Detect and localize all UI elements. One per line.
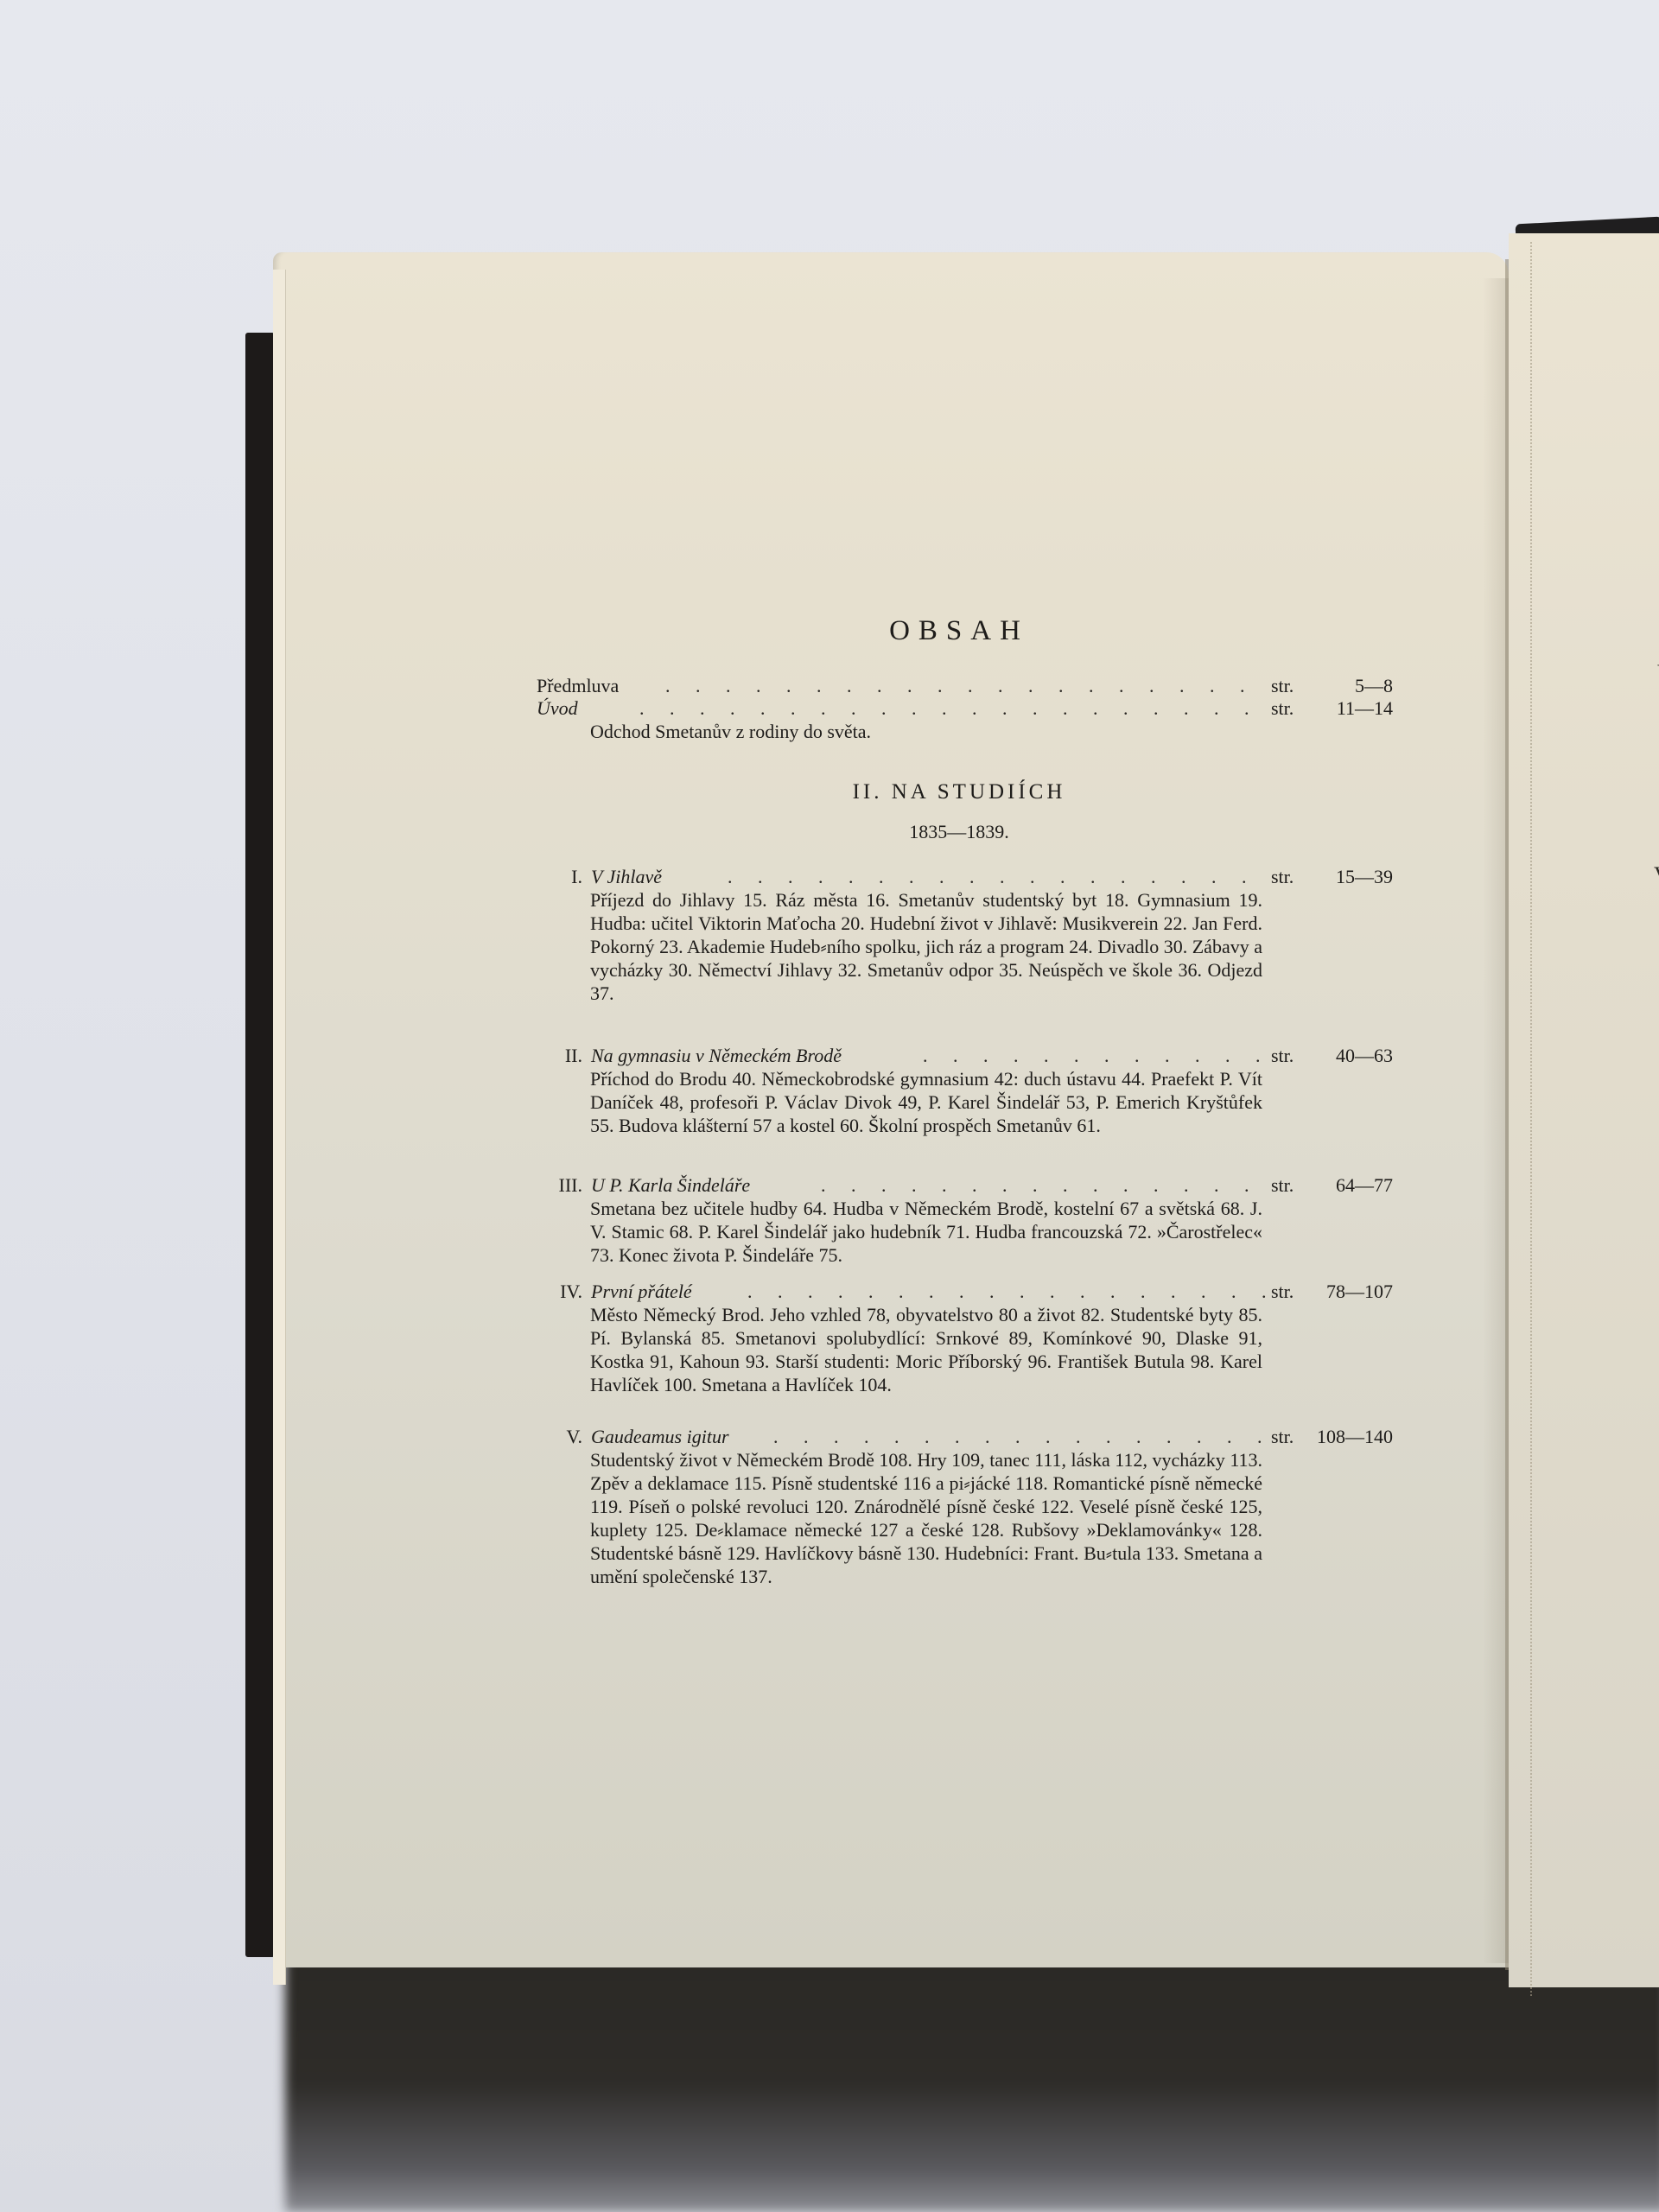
page-title: OBSAH [881,615,1037,647]
page-prefix: str. [1271,1044,1294,1067]
entry-title: Úvod [537,696,578,720]
chapter-description: Smetana bez učitele hudby 64. Hudba v Ně… [590,1197,1262,1267]
page-prefix: str. [1271,1280,1294,1303]
leader-dots: . . . . . . . . . . . . . . . . . . . . … [665,674,1266,697]
page-range: 15—39 [1336,865,1393,888]
leader-dots: . . . . . . . . . . . . . . . . . . . . … [747,1280,1266,1303]
toc-chapter-3: III. U P. Karla Šindeláře . . . . . . . … [536,1173,1393,1197]
chapter-description: Studentský život v Německém Brodě 108. H… [590,1448,1262,1588]
chapter-number: II. [531,1044,582,1067]
chapter-title: U P. Karla Šindeláře [591,1173,750,1197]
page-prefix: str. [1271,696,1294,720]
chapter-title: Gaudeamus igitur [591,1425,729,1448]
leader-dots: . . . . . . . . . . . . . . . . . . . . … [773,1425,1266,1448]
chapter-title: Na gymnasiu v Německém Brodě [591,1044,842,1067]
chapter-description: Město Německý Brod. Jeho vzhled 78, obyv… [590,1303,1262,1396]
page-range: 108—140 [1317,1425,1393,1448]
chapter-number: IV. [531,1280,582,1303]
section-years: 1835—1839. [829,821,1089,843]
table-of-contents: OBSAH Předmluva . . . . . . . . . . . . … [0,0,1659,2212]
page-prefix: str. [1271,1173,1294,1197]
page-range: 11—14 [1337,696,1393,720]
chapter-description: Příjezd do Jihlavy 15. Ráz města 16. Sme… [590,888,1262,1005]
page-range: 5—8 [1355,674,1393,697]
leader-dots: . . . . . . . . . . . . . . . . . . . . … [821,1173,1266,1197]
chapter-title: V Jihlavě [591,865,662,888]
chapter-number: V. [531,1425,582,1448]
leader-dots: . . . . . . . . . . . . . . . . . . . . … [728,865,1266,888]
chapter-number: I. [531,865,582,888]
page-prefix: str. [1271,865,1294,888]
toc-chapter-4: IV. První přátelé . . . . . . . . . . . … [536,1280,1393,1303]
leader-dots: . . . . . . . . . . . . . . . . . . . . … [923,1044,1266,1067]
entry-description: Odchod Smetanův z rodiny do světa. [590,720,871,743]
section-heading: II. NA STUDIÍCH [829,780,1089,804]
chapter-number: III. [531,1173,582,1197]
entry-title: Předmluva [537,674,619,697]
leader-dots: . . . . . . . . . . . . . . . . . . . . … [639,696,1266,720]
toc-chapter-1: I. V Jihlavě . . . . . . . . . . . . . .… [536,865,1393,888]
page-range: 78—107 [1326,1280,1393,1303]
page-range: 64—77 [1336,1173,1393,1197]
page-prefix: str. [1271,1425,1294,1448]
toc-chapter-5: V. Gaudeamus igitur . . . . . . . . . . … [536,1425,1393,1448]
toc-entry-predmluva: Předmluva . . . . . . . . . . . . . . . … [536,674,1393,697]
chapter-description: Příchod do Brodu 40. Německobrodské gymn… [590,1067,1262,1137]
page-prefix: str. [1271,674,1294,697]
toc-entry-uvod: Úvod . . . . . . . . . . . . . . . . . .… [536,696,1393,720]
toc-chapter-2: II. Na gymnasiu v Německém Brodě . . . .… [536,1044,1393,1067]
page-range: 40—63 [1336,1044,1393,1067]
chapter-title: První přátelé [591,1280,692,1303]
